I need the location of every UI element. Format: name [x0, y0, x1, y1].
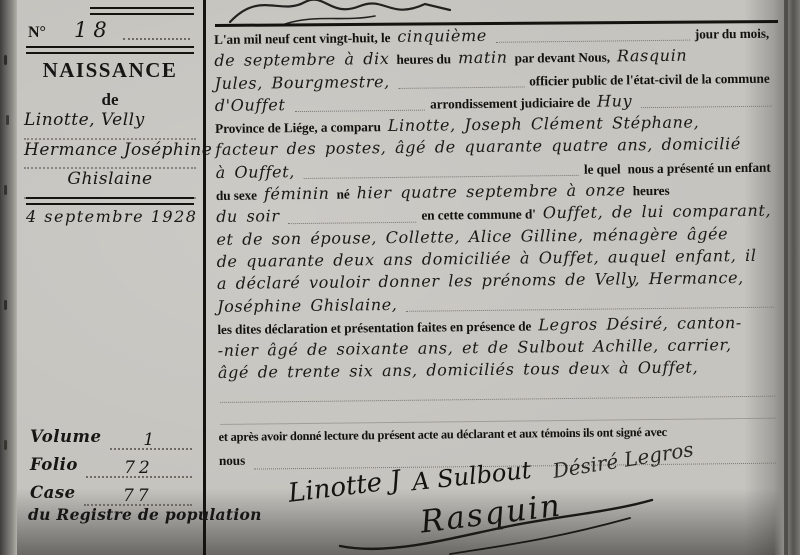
printed-text: heures du — [396, 52, 451, 69]
handwritten-text: matin — [458, 48, 508, 68]
child-name-line: Linotte, Velly — [24, 110, 196, 140]
printed-text: nous a présenté un enfant — [627, 159, 770, 177]
dotted-filler: 72 — [86, 456, 192, 478]
printed-text: jour du mois, — [695, 26, 769, 43]
double-rule — [26, 46, 194, 54]
handwritten-text: féminin — [264, 184, 330, 204]
handwritten-text: d'Ouffet — [215, 95, 286, 115]
case-label: Case — [30, 483, 76, 502]
dotted-filler — [304, 175, 579, 179]
binding-ink-marks — [4, 55, 7, 65]
printed-text: en cette commune d' — [421, 207, 536, 224]
handwritten-text: Linotte, Joseph Clément Stéphane, — [388, 113, 700, 136]
printed-text: heures — [633, 183, 670, 199]
handwritten-text: Ouffet, de lui comparant, — [543, 201, 772, 223]
signature-flourish — [330, 488, 660, 555]
volume-row: Volume 1 — [30, 427, 192, 455]
dotted-filler — [289, 221, 417, 223]
folio-row: Folio 72 — [30, 455, 192, 483]
handwritten-text: à Ouffet, — [216, 162, 295, 182]
folio-value: 72 — [124, 458, 154, 478]
printed-text: les dites déclaration et présentation fa… — [217, 318, 531, 338]
act-number-row: N° 18 — [28, 18, 192, 44]
handwritten-text: Rasquin — [617, 46, 688, 66]
printed-text: né — [336, 187, 349, 203]
act-body: L'an mil neuf cent vingt-huit, lecinquiè… — [214, 23, 781, 475]
handwritten-text: Huy — [597, 91, 632, 110]
dotted-filler: 77 — [84, 484, 192, 506]
section-title: NAISSANCE — [18, 58, 202, 83]
birth-date: 4 septembre 1928 — [26, 207, 198, 226]
printed-text: par devant Nous, — [515, 50, 611, 67]
printed-text: L'an mil neuf cent vingt-huit, le — [214, 30, 390, 48]
volume-label: Volume — [30, 427, 102, 446]
page-edge-line — [784, 0, 788, 555]
double-rule — [90, 7, 194, 15]
handwritten-text: âgé de trente six ans, domiciliés tous d… — [218, 358, 699, 382]
double-rule — [26, 197, 194, 205]
printed-text: Province de Liége, a comparu — [215, 119, 381, 137]
handwritten-text: cinquième — [397, 26, 487, 46]
register-page: N° 18 NAISSANCE de Linotte, Velly Herman… — [0, 0, 800, 555]
margin-column: N° 18 NAISSANCE de Linotte, Velly Herman… — [18, 0, 202, 555]
child-name-line: Hermance Joséphine — [24, 140, 196, 170]
dotted-filler — [496, 40, 690, 43]
child-name-line: Ghislaine — [24, 169, 196, 199]
handwritten-text: Joséphine Ghislaine, — [217, 294, 398, 315]
printed-text: du sexe — [216, 188, 257, 204]
dotted-filler — [641, 106, 772, 108]
dotted-filler — [123, 38, 190, 40]
section-subtitle: de — [18, 90, 202, 110]
register-references: Volume 1 Folio 72 Case 77 — [30, 427, 192, 511]
handwritten-text: Jules, Bourgmestre, — [215, 72, 390, 93]
register-label: du Registre de population — [28, 505, 262, 524]
dotted-filler — [407, 307, 775, 312]
act-number-value: 18 — [74, 18, 113, 42]
child-name-block: Linotte, Velly Hermance Joséphine Ghisla… — [24, 110, 196, 199]
dotted-filler: 1 — [110, 428, 192, 450]
act-number-label: N° — [28, 24, 46, 42]
printed-text: officier public de l'état-civil de la co… — [529, 70, 770, 89]
printed-text: nous — [219, 452, 245, 468]
handwritten-text: Legros Désiré, canton- — [538, 313, 742, 334]
printed-text: arrondissement judiciaire de — [430, 95, 590, 113]
column-divider-rule — [203, 0, 206, 555]
case-value: 77 — [123, 486, 153, 506]
handwritten-text: de septembre à dix — [214, 49, 389, 70]
printed-text: le quel — [584, 161, 621, 177]
folio-label: Folio — [30, 455, 78, 474]
dotted-filler — [295, 110, 426, 112]
book-binding-edge — [0, 0, 17, 555]
dotted-filler — [399, 86, 524, 88]
volume-value: 1 — [143, 430, 158, 450]
handwritten-text: du soir — [216, 207, 280, 227]
handwritten-text: hier quatre septembre à onze — [357, 180, 626, 202]
